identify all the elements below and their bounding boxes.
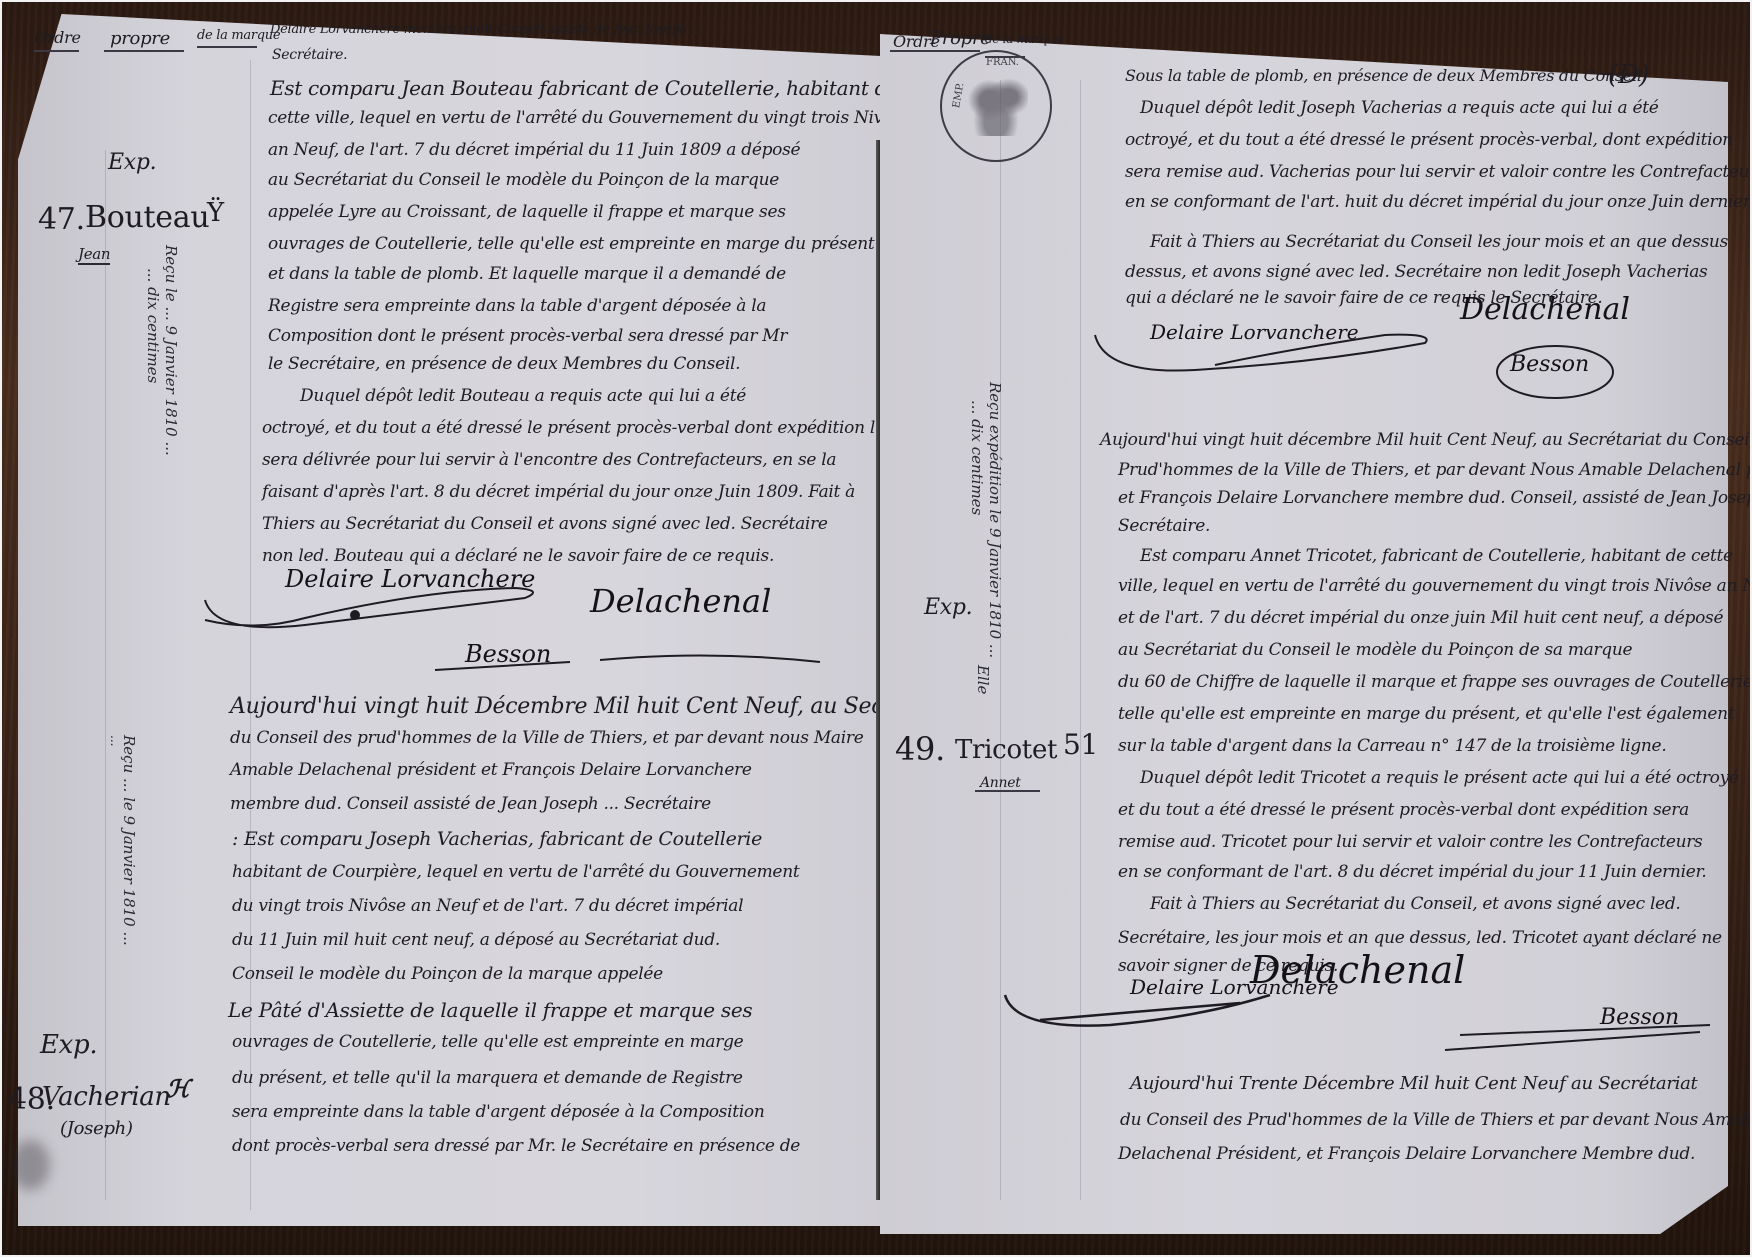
header-col-propre: propre <box>110 28 170 49</box>
handwritten-line: Aujourd'hui vingt huit décembre Mil huit… <box>1100 432 1752 449</box>
handwritten-line: du vingt trois Nivôse an Neuf et de l'ar… <box>232 898 743 915</box>
handwritten-line: Duquel dépôt ledit Bouteau a requis acte… <box>300 388 746 405</box>
margin-vertical-note: Elle <box>974 665 992 694</box>
handwritten-line: appelée Lyre au Croissant, de laquelle i… <box>268 204 786 221</box>
margin-vertical-note: Reçu expédition le 9 Janvier 1810 ... <box>986 382 1004 658</box>
handwritten-line: remise aud. Tricotet pour lui servir et … <box>1118 834 1702 851</box>
signature-flourish <box>1000 985 1280 1045</box>
entry-number: 49. <box>895 730 945 768</box>
ink-smudge <box>10 1140 50 1190</box>
handwritten-line: au Secrétariat du Conseil le modèle du P… <box>1118 642 1632 659</box>
handwritten-line: membre dud. Conseil assisté de Jean Jose… <box>230 796 711 813</box>
handwritten-line: sera empreinte dans la table d'argent dé… <box>232 1104 764 1121</box>
signature-delachenal: Delachenal <box>590 582 771 620</box>
header-rule <box>34 50 79 52</box>
handwritten-line: sur la table d'argent dans la Carreau n°… <box>1118 738 1666 755</box>
handwritten-line: Le Pâté d'Assiette de laquelle il frappe… <box>228 1000 752 1020</box>
entry-name: Vacherian <box>42 1082 171 1112</box>
handwritten-line: octroyé, et du tout a été dressé le prés… <box>262 420 891 437</box>
entry-name: Bouteau <box>85 200 209 235</box>
margin-exp-label: Exp. <box>108 150 156 175</box>
handwritten-line: en se conformant de l'art. huit du décre… <box>1125 194 1752 211</box>
handwritten-line: en se conformant de l'art. 8 du décret i… <box>1118 864 1707 881</box>
handwritten-line: dessus, et avons signé avec led. Secréta… <box>1125 264 1707 281</box>
handwritten-line: du présent, et telle qu'il la marquera e… <box>232 1070 743 1087</box>
handwritten-line: le Secrétaire, en présence de deux Membr… <box>268 356 740 373</box>
signature-flourish <box>1440 1020 1720 1060</box>
name-underline <box>975 790 1040 792</box>
handwritten-line: cette ville, lequel en vertu de l'arrêté… <box>268 110 911 127</box>
handwritten-line: au Secrétariat du Conseil le modèle du P… <box>268 172 779 189</box>
header-col-marque: de la marque <box>197 28 280 43</box>
margin-vertical-note: ... <box>108 735 122 746</box>
entry-number: 47. <box>38 202 85 237</box>
margin-vertical-note: ... dix centimes <box>144 268 162 383</box>
stamp-seated-figure-icon <box>964 76 1028 136</box>
margin-vertical-note: ... dix centimes <box>968 400 986 515</box>
handwritten-line: ville, lequel en vertu de l'arrêté du go… <box>1118 578 1752 595</box>
handwritten-line: et de l'art. 7 du décret impérial du onz… <box>1118 610 1723 627</box>
handwritten-line: du Conseil des Prud'hommes de la Ville d… <box>1120 1112 1752 1129</box>
handwritten-line: Secrétaire, les jour mois et an que dess… <box>1118 930 1722 947</box>
handwritten-line: Thiers au Secrétariat du Conseil et avon… <box>262 516 828 533</box>
header-rule <box>890 50 930 52</box>
header-col-marque: de la marque <box>985 32 1062 46</box>
handwritten-line: sera remise aud. Vacherias pour lui serv… <box>1125 164 1752 181</box>
handwritten-line: Fait à Thiers au Secrétariat du Conseil,… <box>1150 896 1681 913</box>
handwritten-line: et du tout a été dressé le présent procè… <box>1118 802 1689 819</box>
handwritten-line: Est comparu Jean Bouteau fabricant de Co… <box>270 78 899 98</box>
entry-firstname: Annet <box>980 775 1021 791</box>
header-continuation: Delaire Lorvanchere membre dudit Conseil… <box>270 22 703 37</box>
signature-flourish <box>430 650 830 680</box>
header-col-propre: Propre <box>930 28 991 49</box>
handwritten-line: du 11 Juin mil huit cent neuf, a déposé … <box>232 932 720 949</box>
mark-glyph: Ÿ <box>207 198 224 228</box>
entry-firstname: Jean <box>78 245 110 265</box>
signature-delachenal: Delachenal <box>1250 948 1465 992</box>
handwritten-line: et dans la table de plomb. Et laquelle m… <box>268 266 786 283</box>
stamp-text: FRAN. <box>986 57 1019 68</box>
header-rule <box>104 50 184 52</box>
handwritten-line: Aujourd'hui vingt huit Décembre Mil huit… <box>230 696 966 718</box>
handwritten-line: Amable Delachenal président et François … <box>230 762 752 779</box>
handwritten-line: dont procès-verbal sera dressé par Mr. l… <box>232 1138 800 1155</box>
handwritten-line: et François Delaire Lorvanchere membre d… <box>1118 490 1752 507</box>
signature-flourish <box>1085 325 1445 380</box>
entry-name: Tricotet <box>955 735 1057 765</box>
margin-vertical-note: Reçu ... le 9 Janvier 1810 ... <box>120 735 138 946</box>
signature-delachenal: Delachenal <box>1460 292 1630 327</box>
handwritten-line: habitant de Courpière, lequel en vertu d… <box>232 864 799 881</box>
handwritten-line: an Neuf, de l'art. 7 du décret impérial … <box>268 142 800 159</box>
handwritten-line: Duquel dépôt ledit Joseph Vacherias a re… <box>1140 100 1659 117</box>
handwritten-line: faisant d'après l'art. 8 du décret impér… <box>262 484 855 501</box>
handwritten-line: : Est comparu Joseph Vacherias, fabrican… <box>232 830 762 849</box>
signature-flourish <box>1485 340 1665 410</box>
handwritten-line: Fait à Thiers au Secrétariat du Conseil … <box>1150 234 1728 251</box>
margin-exp-label: Exp. <box>40 1030 97 1060</box>
margin-vertical-note: Reçu le ... 9 Janvier 1810 ... <box>162 245 180 456</box>
handwritten-line: Conseil le modèle du Poinçon de la marqu… <box>232 966 663 983</box>
signature-flourish <box>195 580 535 640</box>
entry-firstname: (Joseph) <box>60 1118 133 1139</box>
header-col-ordre: Ordre <box>34 28 81 47</box>
mark-glyph: ℋ <box>166 1074 189 1103</box>
imperial-stamp: FRAN. EMP. <box>940 50 1052 162</box>
margin-rule <box>105 150 106 1200</box>
handwritten-line: ouvrages de Coutellerie, telle qu'elle e… <box>268 236 874 253</box>
header-rule <box>930 50 980 52</box>
handwritten-line: ouvrages de Coutellerie, telle qu'elle e… <box>232 1034 743 1051</box>
margin-exp-label: Exp. <box>924 595 972 620</box>
handwritten-line: Prud'hommes de la Ville de Thiers, et pa… <box>1118 462 1752 479</box>
handwritten-line: octroyé, et du tout a été dressé le prés… <box>1125 132 1733 149</box>
handwritten-line: Est comparu Annet Tricotet, fabricant de… <box>1140 548 1733 565</box>
handwritten-line: Secrétaire. <box>1118 518 1210 535</box>
side-number: 51 <box>1063 728 1098 761</box>
handwritten-line: du 60 de Chiffre de laquelle il marque e… <box>1118 674 1752 691</box>
header-rule <box>197 46 257 48</box>
handwritten-line: non led. Bouteau qui a déclaré ne le sav… <box>262 548 774 565</box>
handwritten-line: Sous la table de plomb, en présence de d… <box>1125 68 1646 84</box>
handwritten-line: Duquel dépôt ledit Tricotet a requis le … <box>1140 770 1739 787</box>
handwritten-line: Composition dont le présent procès-verba… <box>268 328 787 345</box>
handwritten-line: du Conseil des prud'hommes de la Ville d… <box>230 730 864 747</box>
handwritten-line: Registre sera empreinte dans la table d'… <box>268 298 766 315</box>
handwritten-line: sera délivrée pour lui servir à l'encont… <box>262 452 836 469</box>
handwritten-line: Secrétaire. <box>272 48 347 62</box>
handwritten-line: Delachenal Président, et François Delair… <box>1118 1146 1695 1163</box>
handwritten-line: telle qu'elle est empreinte en marge du … <box>1118 706 1734 723</box>
handwritten-line: Aujourd'hui Trente Décembre Mil huit Cen… <box>1130 1075 1697 1093</box>
